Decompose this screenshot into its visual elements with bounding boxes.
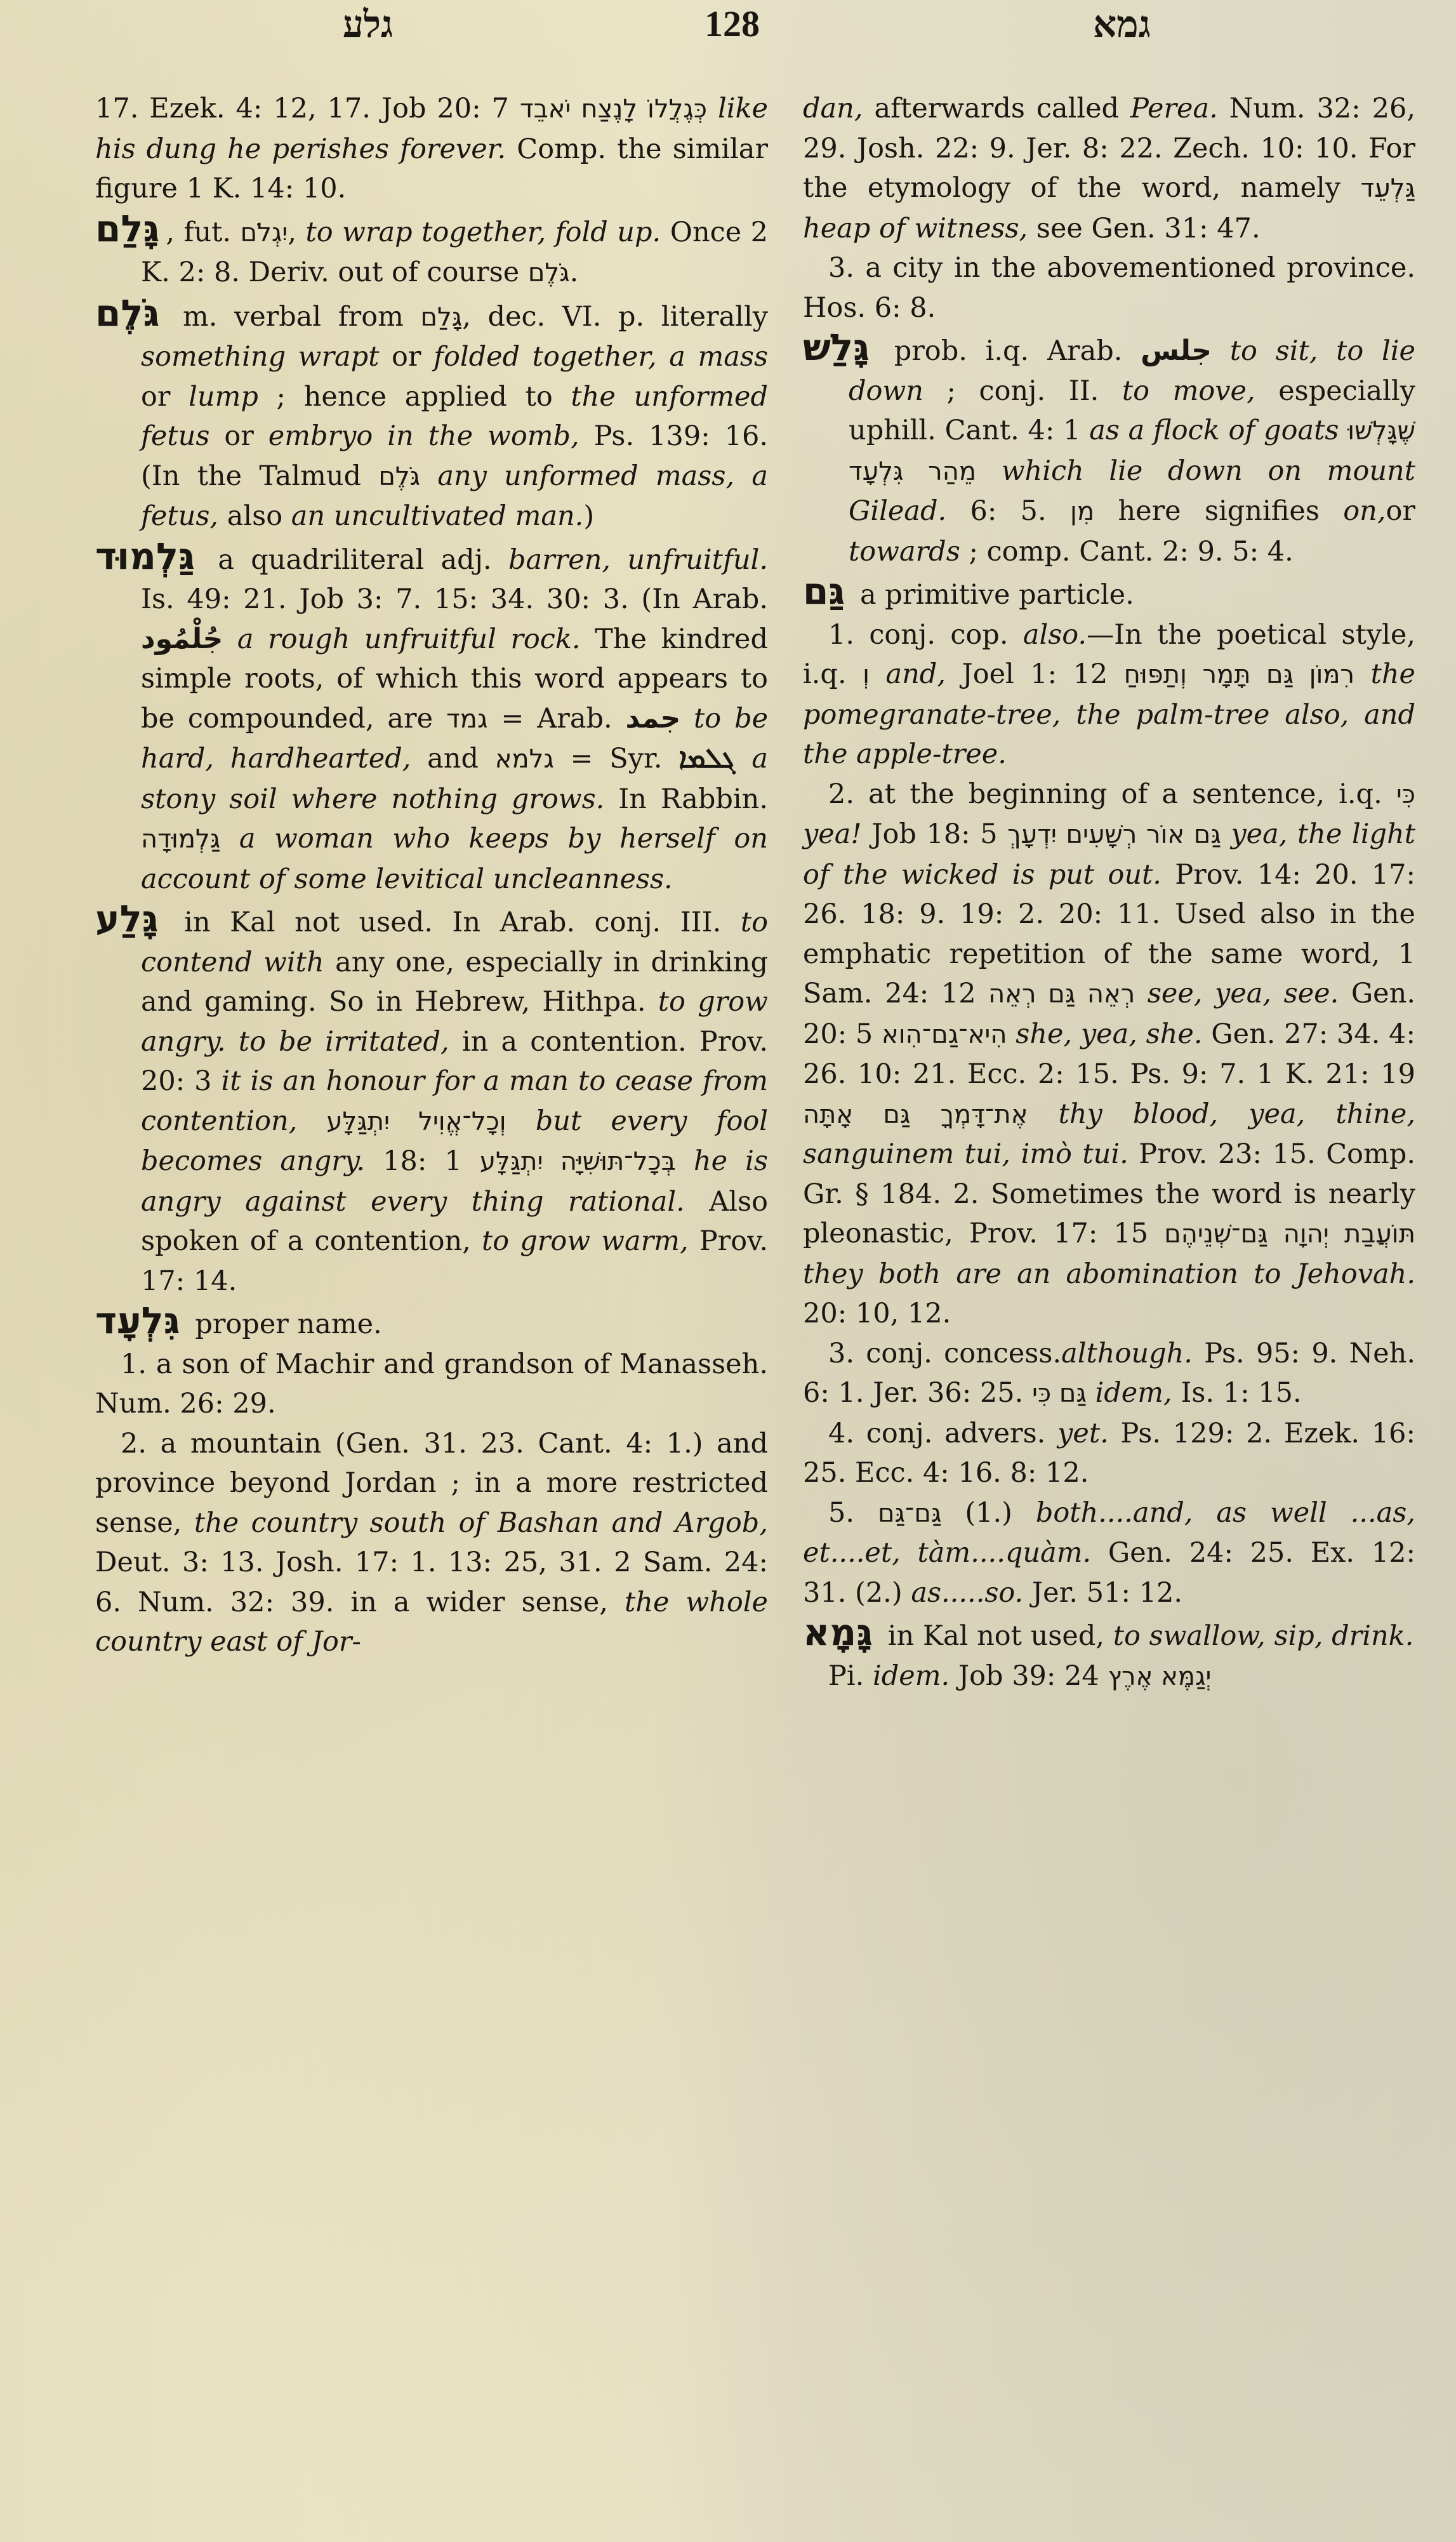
entry-galam: גָּלַם, fut. יִגְלֹם, to wrap together, … — [95, 209, 768, 293]
left-column: 17. Ezek. 4: 12, 17. Job 20: 7 כְּגֶלֲלו… — [95, 89, 768, 1662]
page-header: גלע 128 גמא — [0, 5, 1456, 43]
entry-gilead: גִּלְעָד proper name. — [95, 1301, 768, 1345]
sense-1: 1. a son of Machir and grandson of Manas… — [95, 1345, 768, 1424]
piel-sense: Pi. idem. Job 39: 24 יְגַמֶּא אֶרֶץ — [803, 1656, 1415, 1697]
continued-entry: 17. Ezek. 4: 12, 17. Job 20: 7 כְּגֶלֲלו… — [95, 89, 768, 209]
headword: גָּלַם — [95, 207, 159, 250]
headword: גָּלַשׁ — [803, 326, 870, 369]
sense-4: 4. conj. advers. yet. Ps. 129: 2. Ezek. … — [803, 1414, 1415, 1493]
continued-entry: dan, afterwards called Perea. Num. 32: 2… — [803, 89, 1415, 248]
headword: גַּלְמוּד — [95, 535, 195, 578]
entry-golem: גֹּלֶם m. verbal from גָּלַם, dec. VI. p… — [95, 293, 768, 536]
headword: גֹּלֶם — [95, 291, 159, 335]
sense-5: 5. גַּם־גַּם (1.) both....and, as well .… — [803, 1493, 1415, 1613]
left-guide-word: גלע — [343, 5, 393, 43]
headword: גָּלַע — [95, 897, 159, 940]
entry-galmud: גַּלְמוּד a quadriliteral adj. barren, u… — [95, 536, 768, 900]
entry-galash: גָּלַשׁ prob. i.q. Arab. جلس to sit, to … — [803, 328, 1415, 571]
headword: גָּמָא — [803, 1611, 873, 1654]
sense-2: 2. at the beginning of a sentence, i.q. … — [803, 775, 1415, 1334]
entry-gala: גָּלַע in Kal not used. In Arab. conj. I… — [95, 899, 768, 1301]
right-guide-word: גמא — [1093, 5, 1151, 43]
sense-2: 2. a mountain (Gen. 31. 23. Cant. 4: 1.)… — [95, 1424, 768, 1662]
page-number: 128 — [705, 5, 760, 43]
headword: גִּלְעָד — [95, 1299, 180, 1342]
headword: גַּם — [803, 569, 845, 613]
entry-gam: גַּם a primitive particle. — [803, 571, 1415, 615]
sense-3: 3. a city in the abovementioned province… — [803, 248, 1415, 328]
sense-3: 3. conj. concess.although. Ps. 95: 9. Ne… — [803, 1334, 1415, 1414]
right-column: dan, afterwards called Perea. Num. 32: 2… — [803, 89, 1415, 1696]
sense-1: 1. conj. cop. also.—In the poetical styl… — [803, 615, 1415, 775]
entry-gama: גָּמָא in Kal not used, to swallow, sip,… — [803, 1613, 1415, 1656]
